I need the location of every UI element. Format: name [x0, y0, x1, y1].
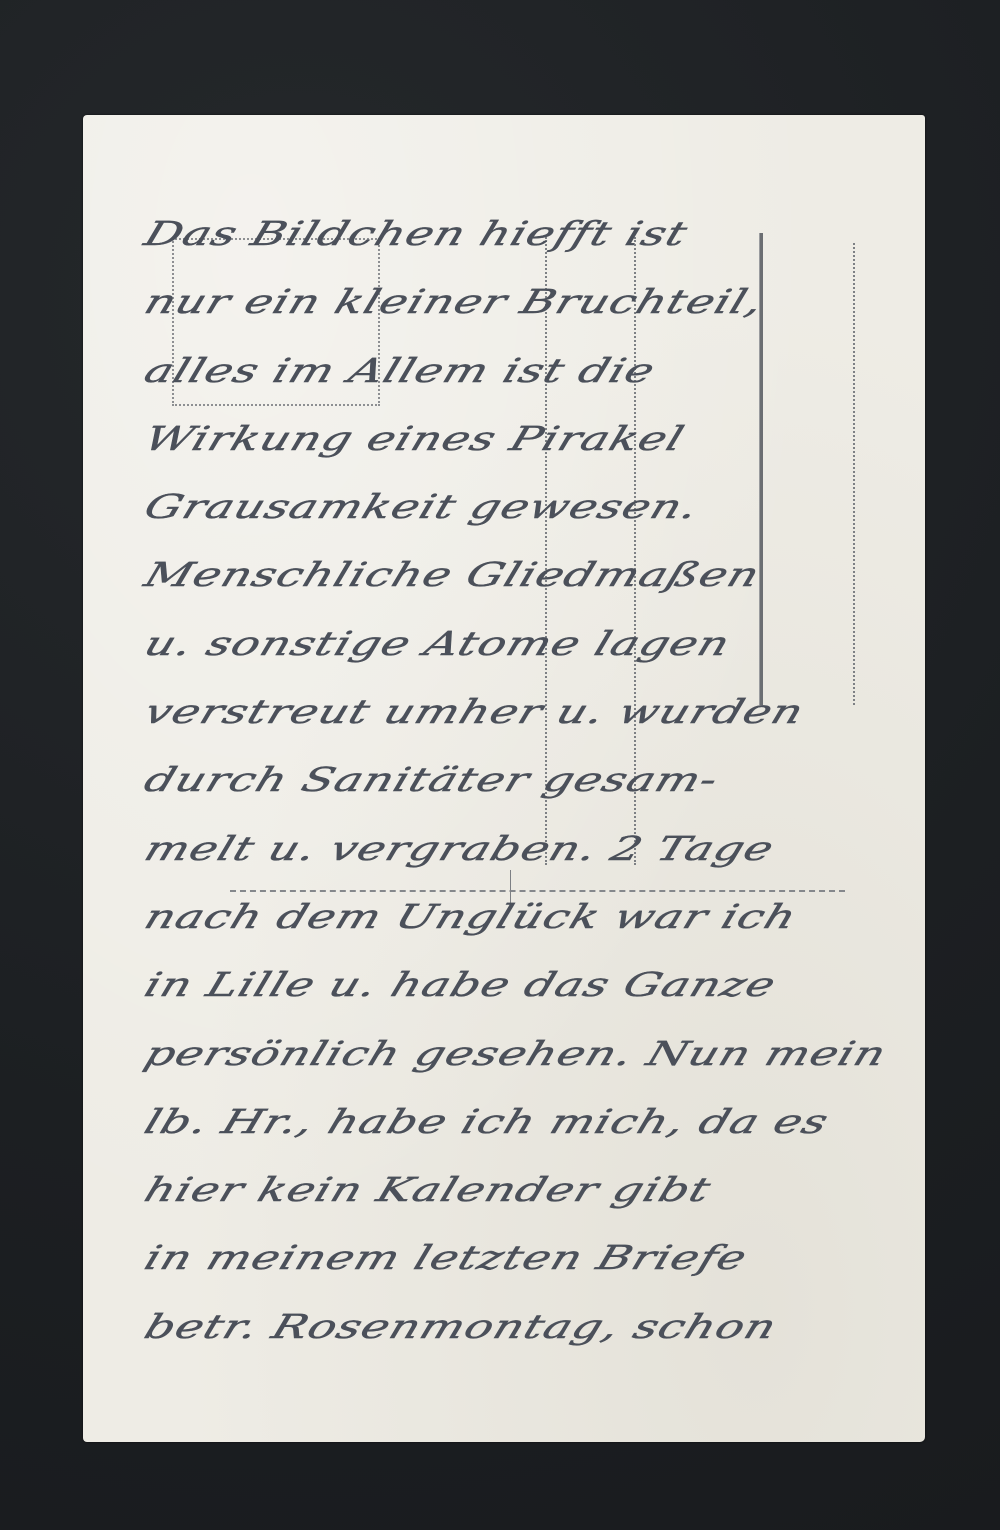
handwriting-line: lb. Hr., habe ich mich, da es: [138, 1097, 944, 1146]
handwriting-line: hier kein Kalender gibt: [138, 1165, 944, 1214]
handwriting-line: in meinem letzten Briefe: [138, 1234, 944, 1283]
handwriting-line: betr. Rosenmontag, schon: [138, 1302, 944, 1351]
postcard: Das Bildchen hiefft ist nur ein kleiner …: [83, 115, 925, 1442]
handwriting-line: alles im Allem ist die: [138, 346, 944, 395]
handwriting-line: in Lille u. habe das Ganze: [138, 960, 944, 1009]
handwriting-line: Das Bildchen hiefft ist: [138, 209, 944, 258]
handwriting-line: durch Sanitäter gesam-: [138, 755, 944, 804]
handwriting-line: nur ein kleiner Bruchteil,: [138, 277, 944, 326]
handwriting-line: nach dem Unglück war ich: [138, 892, 944, 941]
handwriting-line: verstreut umher u. wurden: [138, 687, 944, 736]
handwriting-line: persönlich gesehen. Nun mein: [138, 1029, 944, 1078]
handwriting-line: Wirkung eines Pirakel: [138, 414, 944, 463]
handwritten-text: Das Bildchen hiefft ist nur ein kleiner …: [138, 190, 928, 1351]
handwriting-line: melt u. vergraben. 2 Tage: [138, 824, 944, 873]
handwriting-line: u. sonstige Atome lagen: [138, 619, 944, 668]
handwriting-line: Menschliche Gliedmaßen: [138, 551, 944, 600]
handwriting-line: Grausamkeit gewesen.: [138, 482, 944, 531]
